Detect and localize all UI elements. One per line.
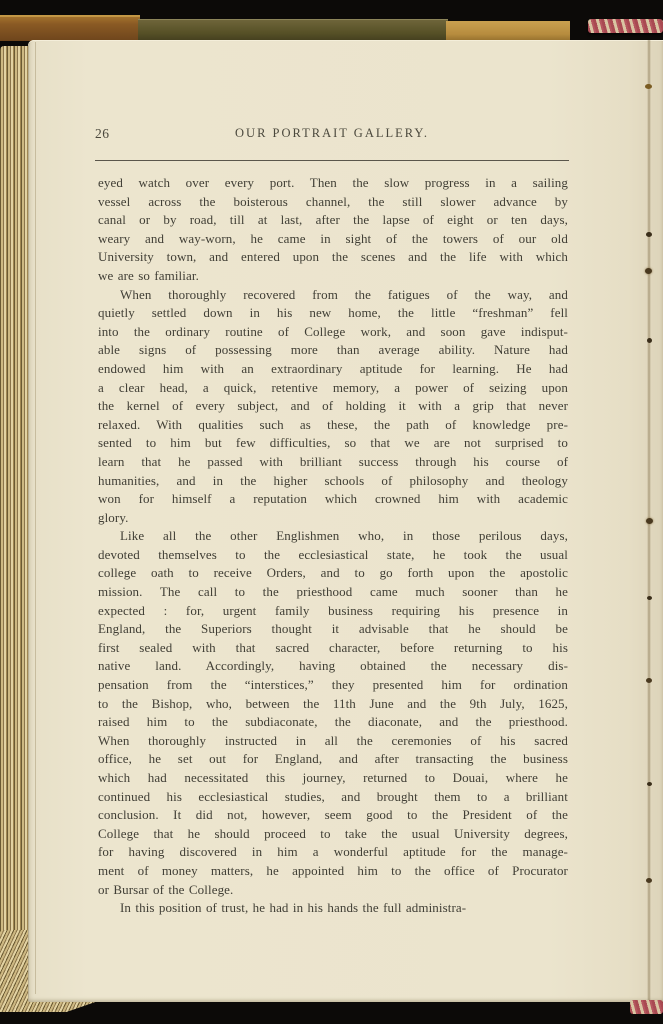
- speck: [645, 84, 652, 89]
- paragraph: Like all the other Englishmen who, in th…: [98, 527, 568, 899]
- text-line: glory.: [98, 509, 568, 528]
- text-line: expected : for, urgent family business r…: [98, 602, 568, 621]
- text-line: the kernel of every subject, and of hold…: [98, 397, 568, 416]
- text-line: Like all the other Englishmen who, in th…: [98, 527, 568, 546]
- text-line: pensation from the “interstices,” they p…: [98, 676, 568, 695]
- text-line: raised him to the subdiaconate, the diac…: [98, 713, 568, 732]
- speck: [646, 678, 652, 683]
- book-cover-top-edge: [0, 11, 663, 42]
- header-rule: [95, 160, 569, 161]
- text-line: England, the Superiors thought it advisa…: [98, 620, 568, 639]
- text-line: college oath to receive Orders, and to g…: [98, 564, 568, 583]
- book-page: 26 OUR PORTRAIT GALLERY. eyed watch over…: [28, 40, 663, 1002]
- text-line: ment of money matters, he appointed him …: [98, 862, 568, 881]
- text-line: weary and way-worn, he came in sight of …: [98, 230, 568, 249]
- text-line: In this position of trust, he had in his…: [98, 899, 568, 918]
- text-line: vessel across the boisterous channel, th…: [98, 193, 568, 212]
- text-line: a clear head, a quick, retentive memory,…: [98, 379, 568, 398]
- photo-background: { "book_page": { "page_number": "26", "r…: [0, 0, 663, 1024]
- speck: [647, 782, 652, 786]
- text-line: College that he should proceed to take t…: [98, 825, 568, 844]
- running-header: OUR PORTRAIT GALLERY.: [95, 126, 569, 141]
- paragraph: In this position of trust, he had in his…: [98, 899, 568, 918]
- headband-top: [588, 19, 663, 33]
- text-line: humanities, and in the higher schools of…: [98, 472, 568, 491]
- text-line: native land. Accordingly, having obtaine…: [98, 657, 568, 676]
- text-line: which had necessitated this journey, ret…: [98, 769, 568, 788]
- paragraph: eyed watch over every port. Then the slo…: [98, 174, 568, 286]
- text-line: sented to him but few difficulties, so t…: [98, 434, 568, 453]
- text-line: conclusion. It did not, however, seem go…: [98, 806, 568, 825]
- text-line: or Bursar of the College.: [98, 881, 568, 900]
- paragraph: When thoroughly recovered from the fatig…: [98, 286, 568, 528]
- text-line: to the Bishop, who, between the 11th Jun…: [98, 695, 568, 714]
- under-page-edge-line: [35, 42, 36, 994]
- speck: [646, 232, 652, 237]
- speck: [646, 518, 653, 524]
- text-line: we are so familiar.: [98, 267, 568, 286]
- text-line: first sealed with that sacred character,…: [98, 639, 568, 658]
- text-line: University town, and entered upon the sc…: [98, 248, 568, 267]
- text-line: When thoroughly recovered from the fatig…: [98, 286, 568, 305]
- text-line: eyed watch over every port. Then the slo…: [98, 174, 568, 193]
- body-text: eyed watch over every port. Then the slo…: [98, 174, 568, 918]
- page-stack-left-edge: [0, 46, 30, 976]
- text-line: When thoroughly instructed in all the ce…: [98, 732, 568, 751]
- text-line: relaxed. With qualities such as these, t…: [98, 416, 568, 435]
- speck: [647, 596, 652, 600]
- speck: [645, 268, 652, 274]
- text-line: office, he set out for England, and afte…: [98, 750, 568, 769]
- page-header: 26 OUR PORTRAIT GALLERY.: [95, 126, 569, 144]
- text-line: mission. The call to the priesthood came…: [98, 583, 568, 602]
- text-line: quietly settled down in his new home, th…: [98, 304, 568, 323]
- text-line: devoted themselves to the ecclesiastical…: [98, 546, 568, 565]
- text-line: learn that he passed with brilliant succ…: [98, 453, 568, 472]
- text-line: won for himself a reputation which crown…: [98, 490, 568, 509]
- speck: [647, 338, 652, 343]
- text-line: into the ordinary routine of College wor…: [98, 323, 568, 342]
- text-line: able signs of possessing more than avera…: [98, 341, 568, 360]
- text-line: endowed him with an extraordinary aptitu…: [98, 360, 568, 379]
- speck: [646, 878, 652, 883]
- text-line: for having discovered in him a wonderful…: [98, 843, 568, 862]
- text-line: canal or by road, till at last, after th…: [98, 211, 568, 230]
- headband-bottom: [630, 1000, 663, 1014]
- cover-edge-brown-segment: [0, 15, 140, 41]
- text-line: continued his ecclesiastical studies, an…: [98, 788, 568, 807]
